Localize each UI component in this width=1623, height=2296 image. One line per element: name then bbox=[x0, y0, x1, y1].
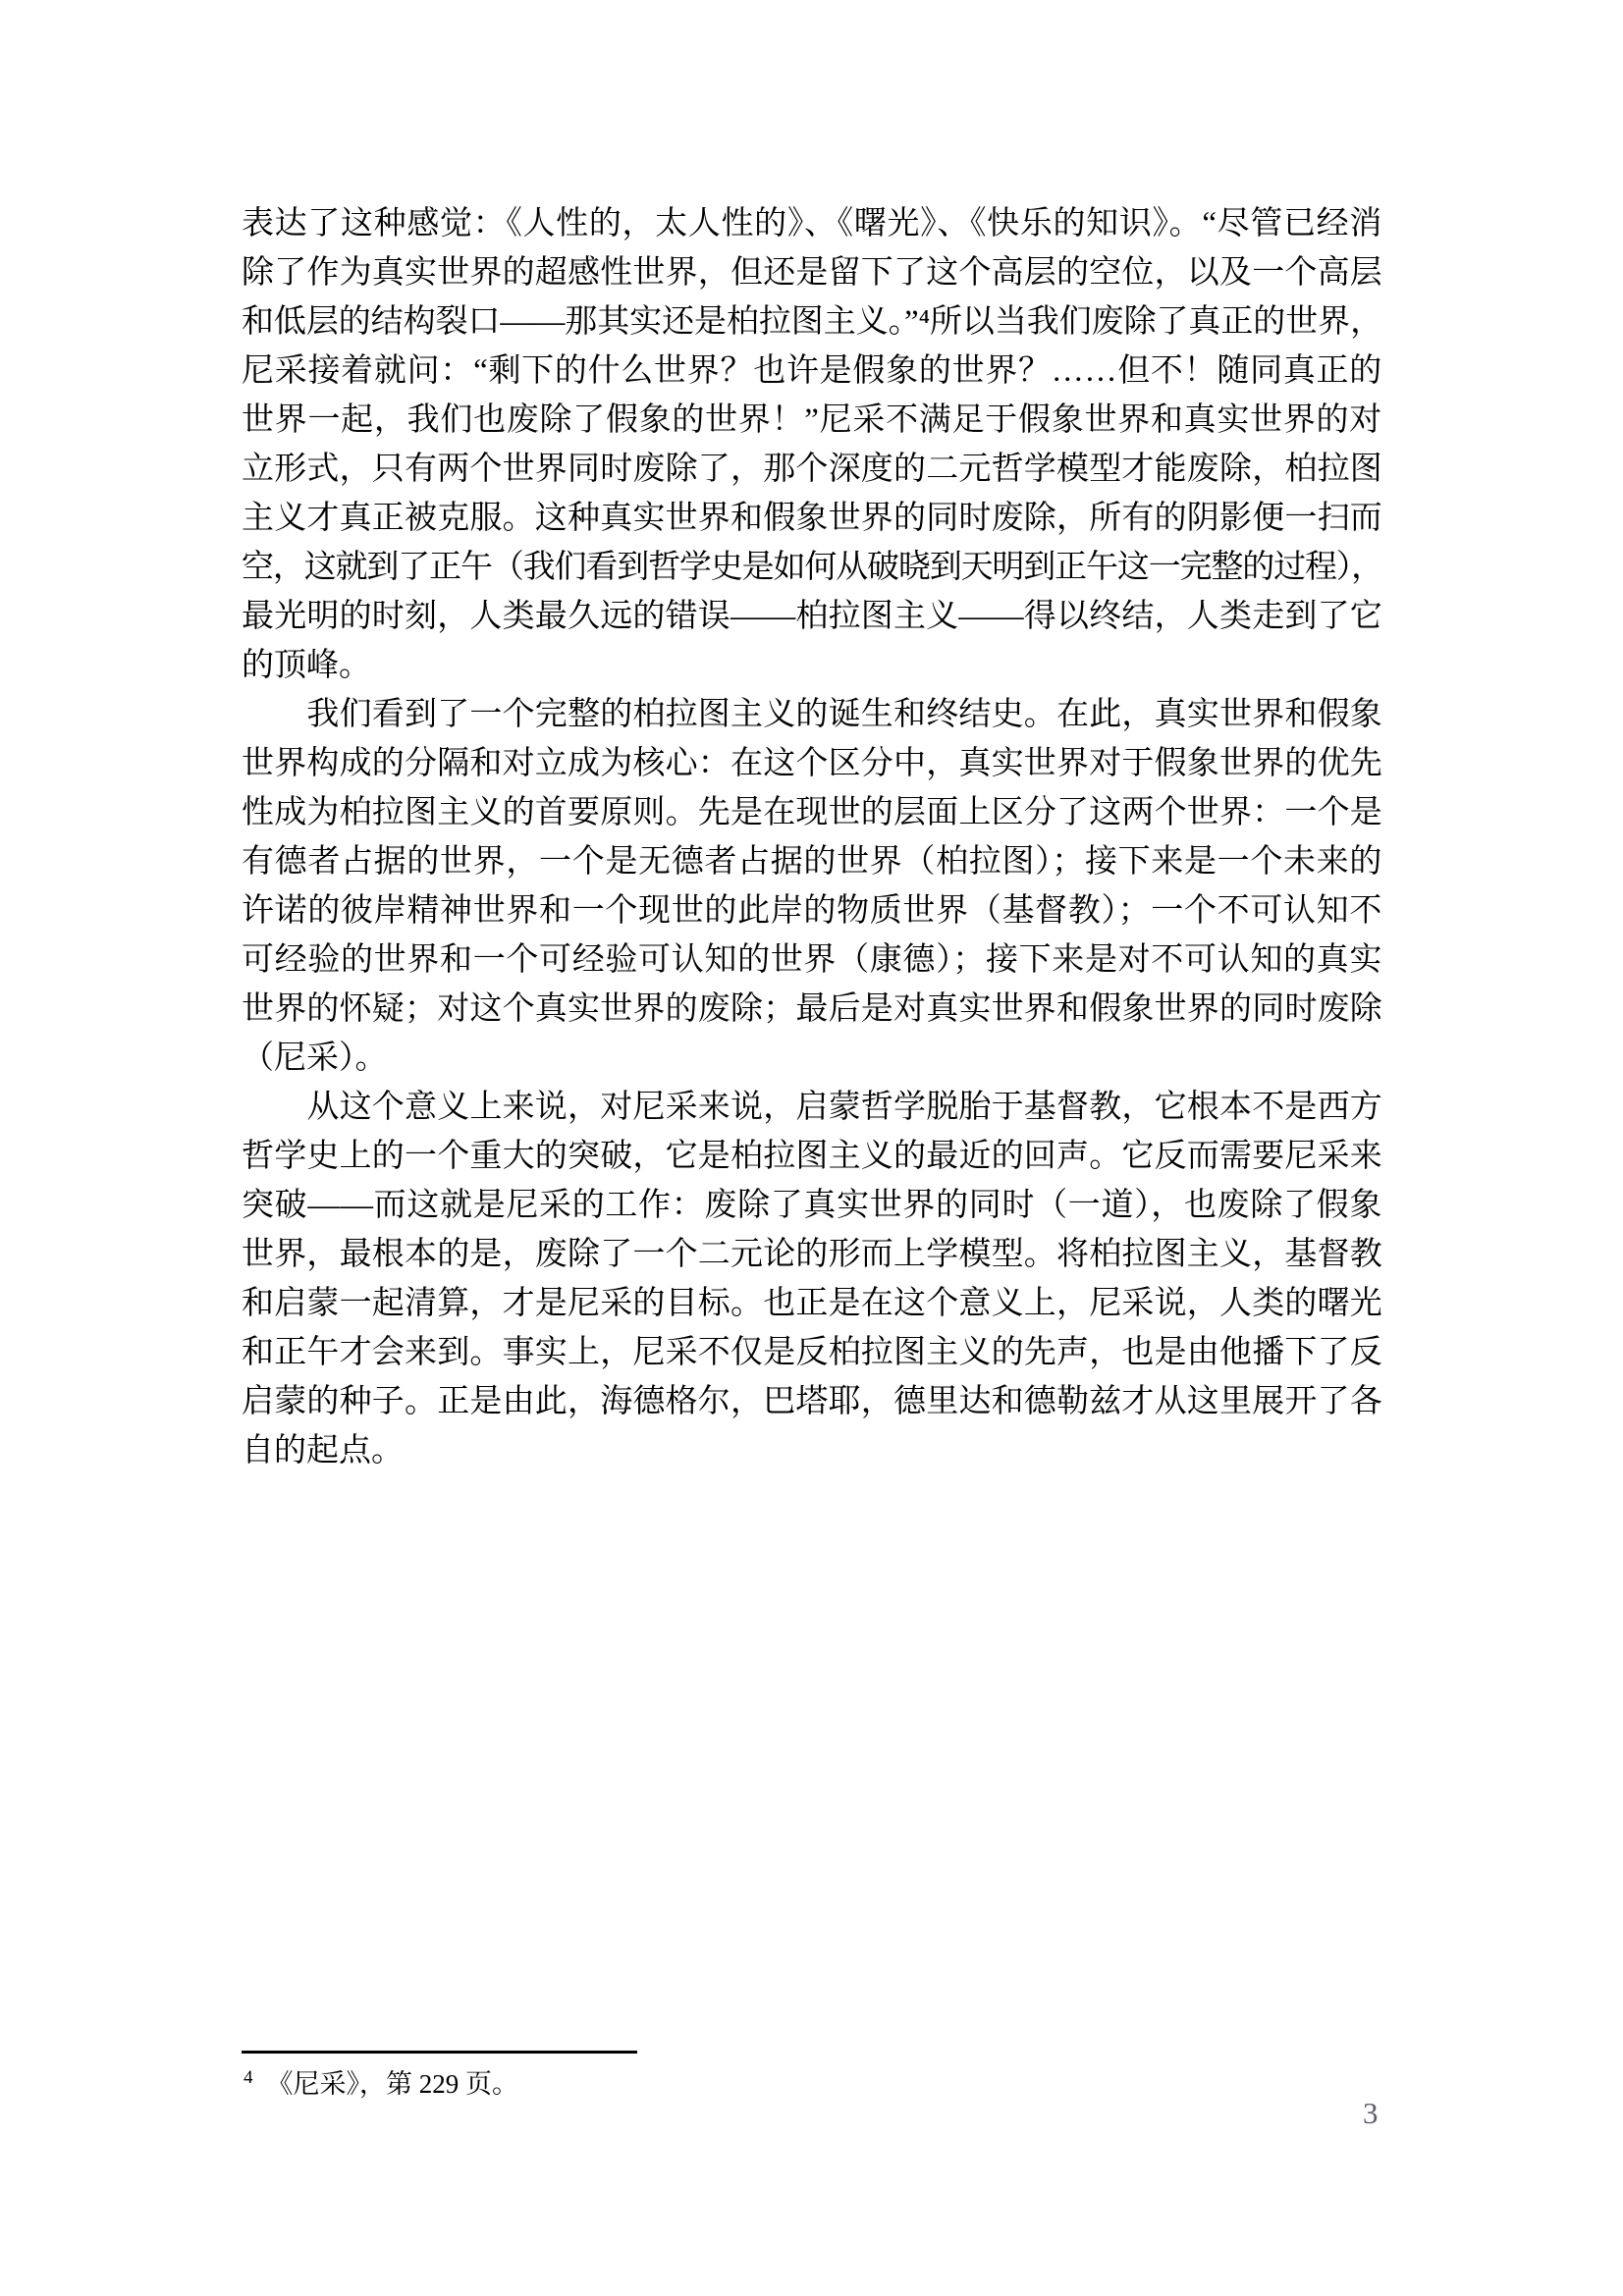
text-line: （尼采）。 bbox=[242, 1034, 1382, 1083]
paragraph: 表达了这种感觉：《人性的，太人性的》、《曙光》、《快乐的知识》。“尽管已经消除了… bbox=[242, 199, 1382, 690]
text-line: 启蒙的种子。正是由此，海德格尔，巴塔耶，德里达和德勒兹才从这里展开了各 bbox=[242, 1377, 1382, 1426]
text-line: 突破——而这就是尼采的工作：废除了真实世界的同时（一道），也废除了假象 bbox=[242, 1181, 1382, 1230]
page-number: 3 bbox=[1363, 2097, 1379, 2130]
text-line: 自的起点。 bbox=[242, 1426, 1382, 1475]
text-line: 和启蒙一起清算，才是尼采的目标。也正是在这个意义上，尼采说，人类的曙光 bbox=[242, 1279, 1382, 1328]
text-line: 可经验的世界和一个可经验可认知的世界（康德）；接下来是对不可认知的真实 bbox=[242, 935, 1382, 985]
text-line: 和低层的结构裂口——那其实还是柏拉图主义。”⁴所以当我们废除了真正的世界， bbox=[242, 297, 1382, 347]
paragraph: 我们看到了一个完整的柏拉图主义的诞生和终结史。在此，真实世界和假象世界构成的分隔… bbox=[242, 690, 1382, 1083]
body-text: 表达了这种感觉：《人性的，太人性的》、《曙光》、《快乐的知识》。“尽管已经消除了… bbox=[242, 199, 1382, 1475]
text-line: 有德者占据的世界，一个是无德者占据的世界（柏拉图）；接下来是一个未来的 bbox=[242, 837, 1382, 886]
text-line: 许诺的彼岸精神世界和一个现世的此岸的物质世界（基督教）；一个不可认知不 bbox=[242, 886, 1382, 935]
text-line: 空，这就到了正午（我们看到哲学史是如何从破晓到天明到正午这一完整的过程）， bbox=[242, 543, 1382, 592]
text-line: 主义才真正被克服。这种真实世界和假象世界的同时废除，所有的阴影便一扫而 bbox=[242, 494, 1382, 543]
text-line: 最光明的时刻，人类最久远的错误——柏拉图主义——得以终结，人类走到了它 bbox=[242, 592, 1382, 641]
text-line: 除了作为真实世界的超感性世界，但还是留下了这个高层的空位，以及一个高层 bbox=[242, 248, 1382, 297]
text-line: 表达了这种感觉：《人性的，太人性的》、《曙光》、《快乐的知识》。“尽管已经消 bbox=[242, 199, 1382, 248]
text-line: 从这个意义上来说，对尼采来说，启蒙哲学脱胎于基督教，它根本不是西方 bbox=[242, 1083, 1382, 1132]
text-line: 我们看到了一个完整的柏拉图主义的诞生和终结史。在此，真实世界和假象 bbox=[242, 690, 1382, 739]
footnote-text: 《尼采》，第 229 页。 bbox=[267, 2069, 519, 2099]
footnote-separator bbox=[242, 2051, 637, 2054]
text-line: 世界，最根本的是，废除了一个二元论的形而上学模型。将柏拉图主义，基督教 bbox=[242, 1230, 1382, 1279]
text-line: 尼采接着就问：“剩下的什么世界？也许是假象的世界？……但不！随同真正的 bbox=[242, 347, 1382, 396]
text-line: 世界一起，我们也废除了假象的世界！”尼采不满足于假象世界和真实世界的对 bbox=[242, 396, 1382, 445]
footnote-marker: 4 bbox=[243, 2067, 253, 2088]
paragraph: 从这个意义上来说，对尼采来说，启蒙哲学脱胎于基督教，它根本不是西方哲学史上的一个… bbox=[242, 1083, 1382, 1475]
text-line: 哲学史上的一个重大的突破，它是柏拉图主义的最近的回声。它反而需要尼采来 bbox=[242, 1132, 1382, 1181]
text-line: 的顶峰。 bbox=[242, 641, 1382, 690]
text-line: 和正午才会来到。事实上，尼采不仅是反柏拉图主义的先声，也是由他播下了反 bbox=[242, 1328, 1382, 1377]
text-line: 世界构成的分隔和对立成为核心：在这个区分中，真实世界对于假象世界的优先 bbox=[242, 739, 1382, 788]
document-page: 表达了这种感觉：《人性的，太人性的》、《曙光》、《快乐的知识》。“尽管已经消除了… bbox=[0, 0, 1623, 2296]
text-line: 世界的怀疑；对这个真实世界的废除；最后是对真实世界和假象世界的同时废除 bbox=[242, 985, 1382, 1034]
text-line: 性成为柏拉图主义的首要原则。先是在现世的层面上区分了这两个世界：一个是 bbox=[242, 788, 1382, 837]
footnote: 4《尼采》，第 229 页。 bbox=[243, 2059, 518, 2103]
text-line: 立形式，只有两个世界同时废除了，那个深度的二元哲学模型才能废除，柏拉图 bbox=[242, 445, 1382, 494]
